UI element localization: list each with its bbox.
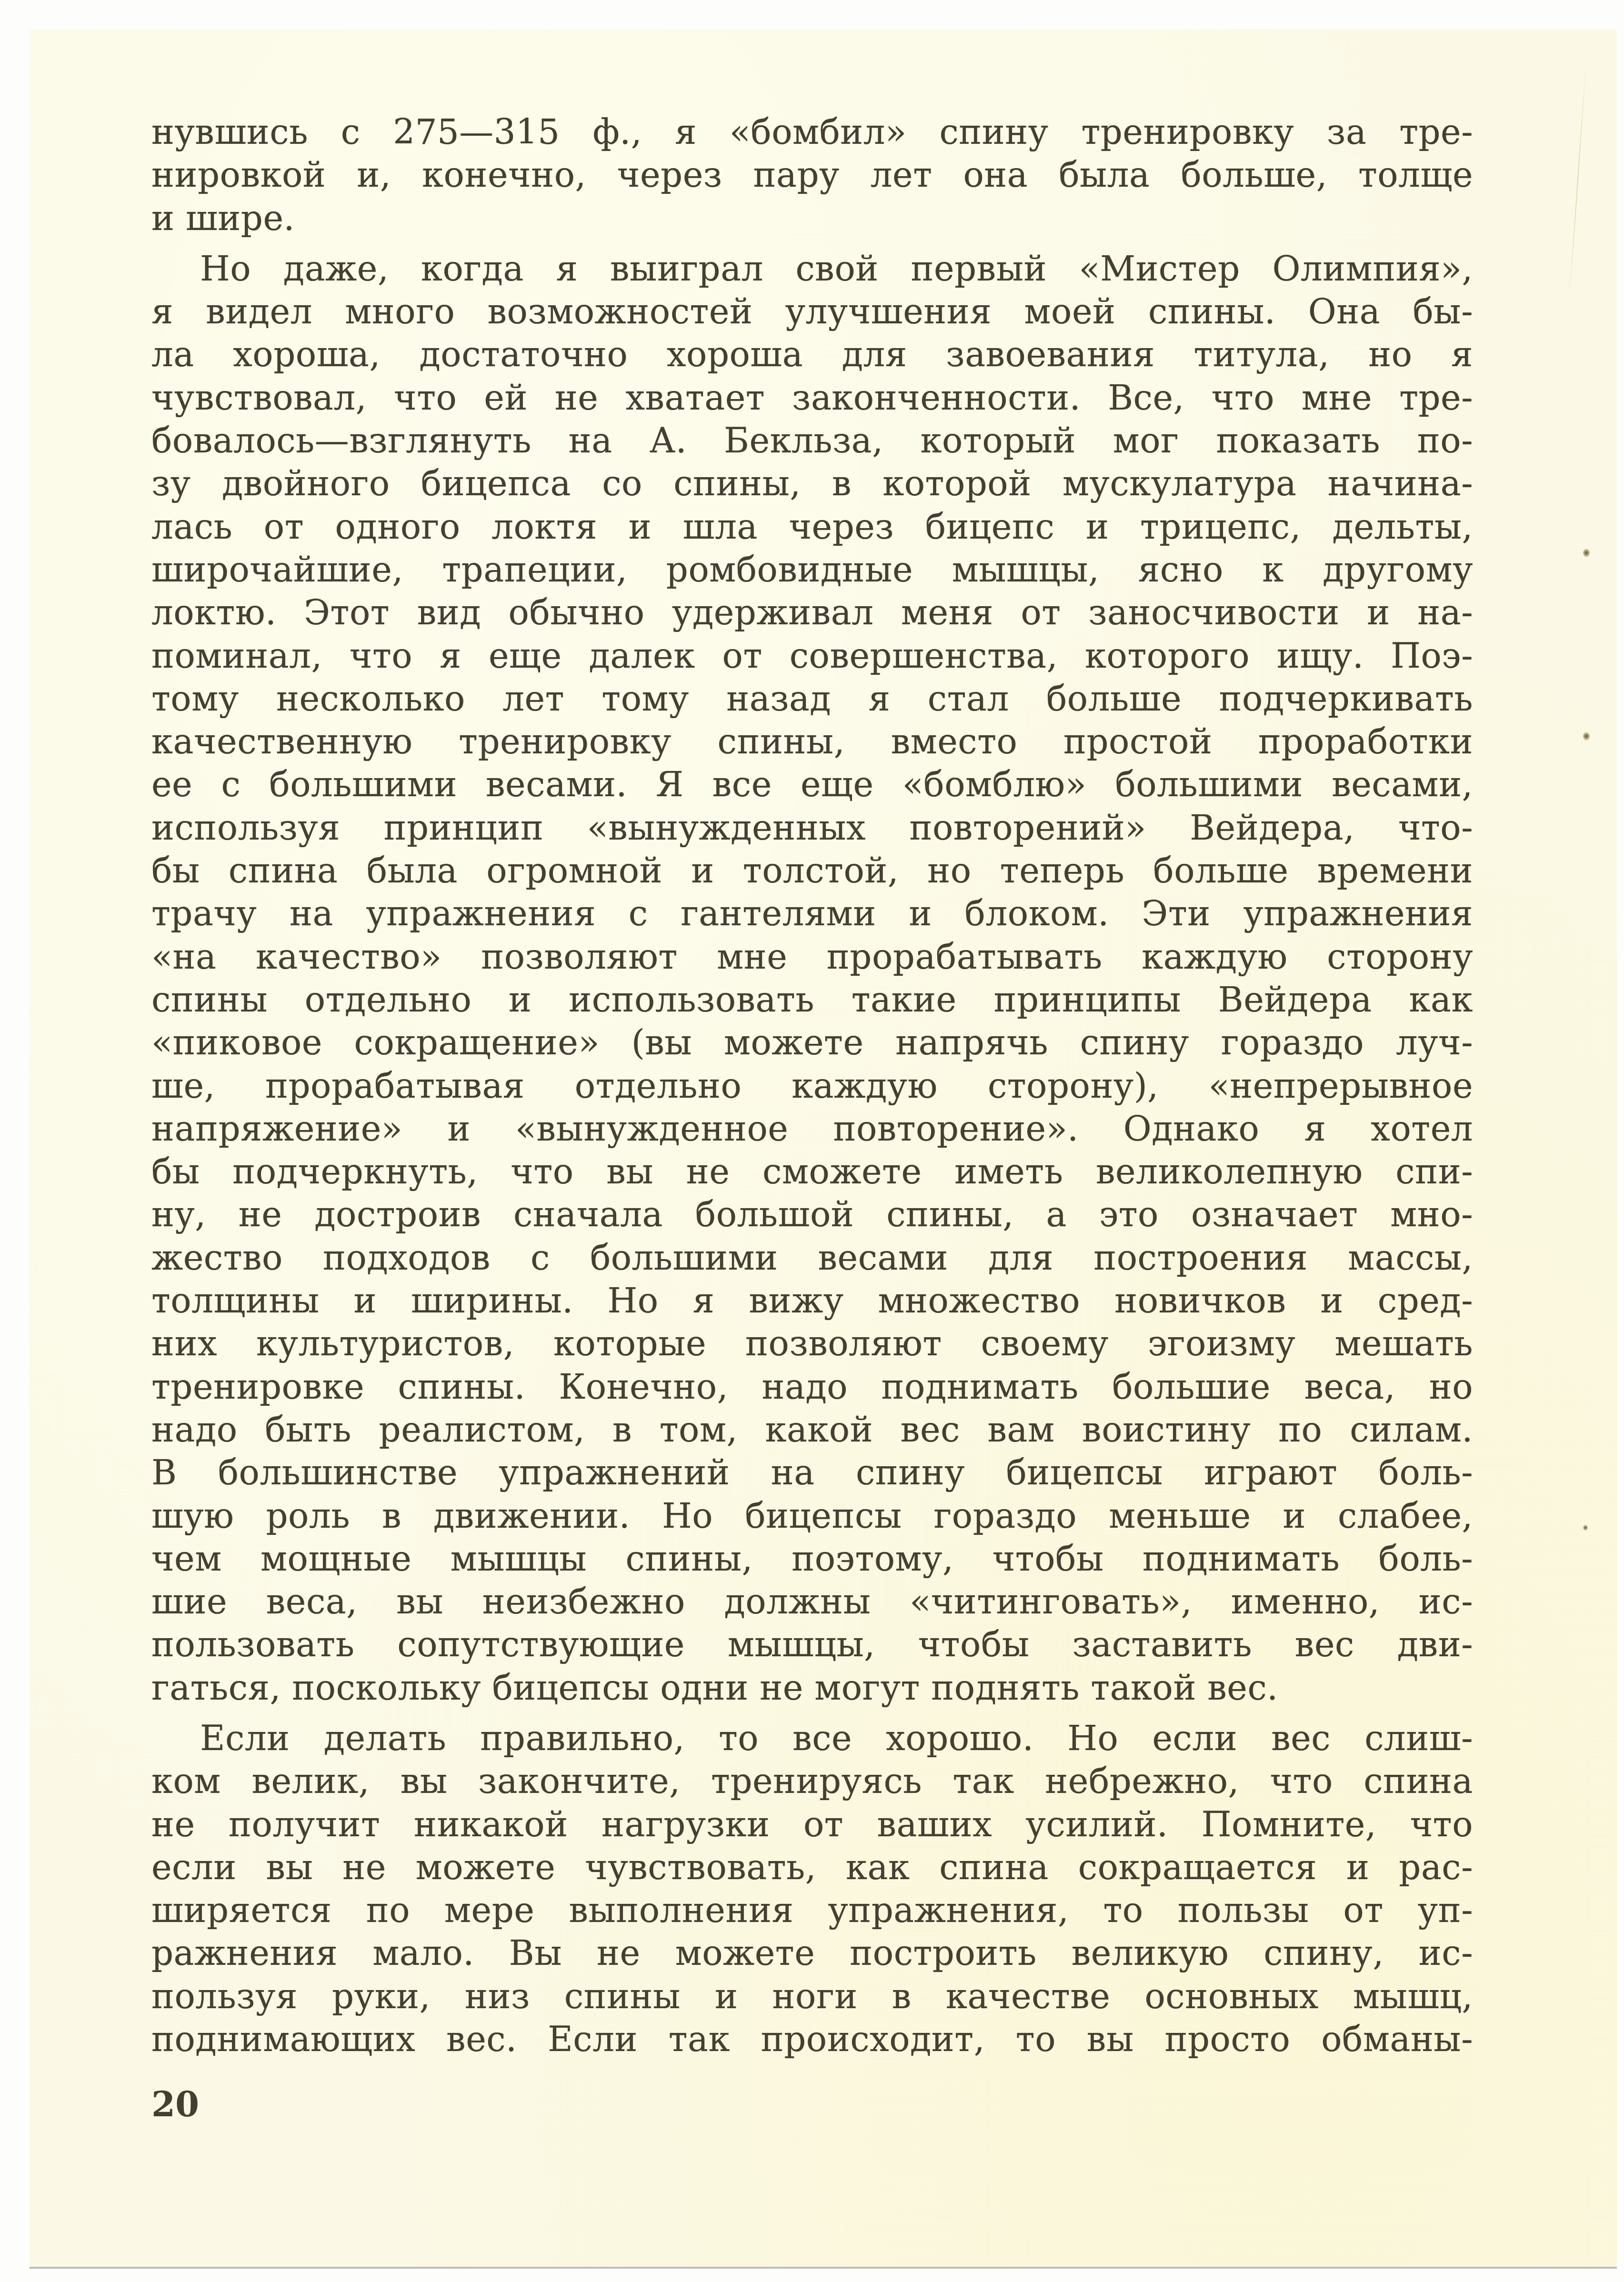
text-line: качественную тренировку спины, вместо пр… <box>151 720 1473 763</box>
text-line: бы подчеркнуть, что вы не сможете иметь … <box>151 1150 1473 1193</box>
text-line: трачу на упражнения с гантелями и блоком… <box>151 892 1473 935</box>
text-line: поднимающих вес. Если так происходит, то… <box>151 2018 1473 2061</box>
text-line: пользовать сопутствующие мышцы, чтобы за… <box>151 1623 1473 1666</box>
text-line: нувшись с 275—315 ф., я «бомбил» спину т… <box>151 110 1473 153</box>
text-line: толщины и ширины. Но я вижу множество но… <box>151 1279 1473 1322</box>
text-line: Если делать правильно, то все хорошо. Но… <box>151 1717 1473 1760</box>
paper-crease <box>1569 56 1587 303</box>
text-line: них культуристов, которые позволяют свое… <box>151 1322 1473 1365</box>
text-line: тренировке спины. Конечно, надо поднимат… <box>151 1365 1473 1408</box>
text-line: Но даже, когда я выиграл свой первый «Ми… <box>151 247 1473 290</box>
text-line: используя принцип «вынужденных повторени… <box>151 806 1473 849</box>
text-line: ее с большими весами. Я все еще «бомблю»… <box>151 763 1473 806</box>
text-line: локтю. Этот вид обычно удерживал меня от… <box>151 591 1473 634</box>
text-line: шую роль в движении. Но бицепсы гораздо … <box>151 1494 1473 1537</box>
paragraph: Но даже, когда я выиграл свой первый «Ми… <box>151 247 1473 1709</box>
text-line: ла хороша, достаточно хороша для завоева… <box>151 333 1473 376</box>
text-line: шие веса, вы неизбежно должны «читингова… <box>151 1580 1473 1623</box>
body-text: нувшись с 275—315 ф., я «бомбил» спину т… <box>151 110 1473 2061</box>
text-line: я видел много возможностей улучшения мое… <box>151 290 1473 333</box>
text-line: и шире. <box>151 197 1473 240</box>
text-line: ну, не достроив сначала большой спины, а… <box>151 1193 1473 1236</box>
text-line: ше, прорабатывая отдельно каждую сторону… <box>151 1064 1473 1107</box>
text-line: нировкой и, конечно, через пару лет она … <box>151 153 1473 196</box>
text-line: широчайшие, трапеции, ромбовидные мышцы,… <box>151 548 1473 591</box>
text-line: гаться, поскольку бицепсы одни не могут … <box>151 1666 1473 1709</box>
text-line: не получит никакой нагрузки от ваших уси… <box>151 1803 1473 1846</box>
text-line: ширяется по мере выполнения упражнения, … <box>151 1889 1473 1932</box>
text-line: спины отдельно и использовать такие прин… <box>151 978 1473 1021</box>
text-line: тому несколько лет тому назад я стал бол… <box>151 677 1473 720</box>
text-line: поминал, что я еще далек от совершенства… <box>151 634 1473 677</box>
text-line: ком велик, вы закончите, тренируясь так … <box>151 1760 1473 1802</box>
text-line: жество подходов с большими весами для по… <box>151 1236 1473 1279</box>
text-line: напряжение» и «вынужденное повторение». … <box>151 1107 1473 1150</box>
text-line: если вы не можете чувствовать, как спина… <box>151 1846 1473 1889</box>
text-line: пользуя руки, низ спины и ноги в качеств… <box>151 1975 1473 2018</box>
paragraph: Если делать правильно, то все хорошо. Но… <box>151 1717 1473 2061</box>
scan-speck <box>1583 732 1590 741</box>
text-line: бы спина была огромной и толстой, но теп… <box>151 849 1473 892</box>
text-line: «пиковое сокращение» (вы можете напрячь … <box>151 1021 1473 1064</box>
text-line: надо быть реалистом, в том, какой вес ва… <box>151 1408 1473 1451</box>
page-number: 20 <box>151 2084 199 2124</box>
text-line: «на качество» позволяют мне прорабатыват… <box>151 935 1473 978</box>
text-line: чувствовал, что ей не хватает законченно… <box>151 376 1473 419</box>
scan-speck <box>1583 549 1590 557</box>
scan-speck <box>1583 1525 1588 1531</box>
text-line: зу двойного бицепса со спины, в которой … <box>151 462 1473 505</box>
text-line: чем мощные мышцы спины, поэтому, чтобы п… <box>151 1537 1473 1580</box>
paragraph: нувшись с 275—315 ф., я «бомбил» спину т… <box>151 110 1473 240</box>
text-line: В большинстве упражнений на спину бицепс… <box>151 1451 1473 1494</box>
text-line: ражнения мало. Вы не можете построить ве… <box>151 1932 1473 1974</box>
text-line: бовалось—взглянуть на А. Бекльза, которы… <box>151 419 1473 462</box>
text-line: лась от одного локтя и шла через бицепс … <box>151 505 1473 548</box>
